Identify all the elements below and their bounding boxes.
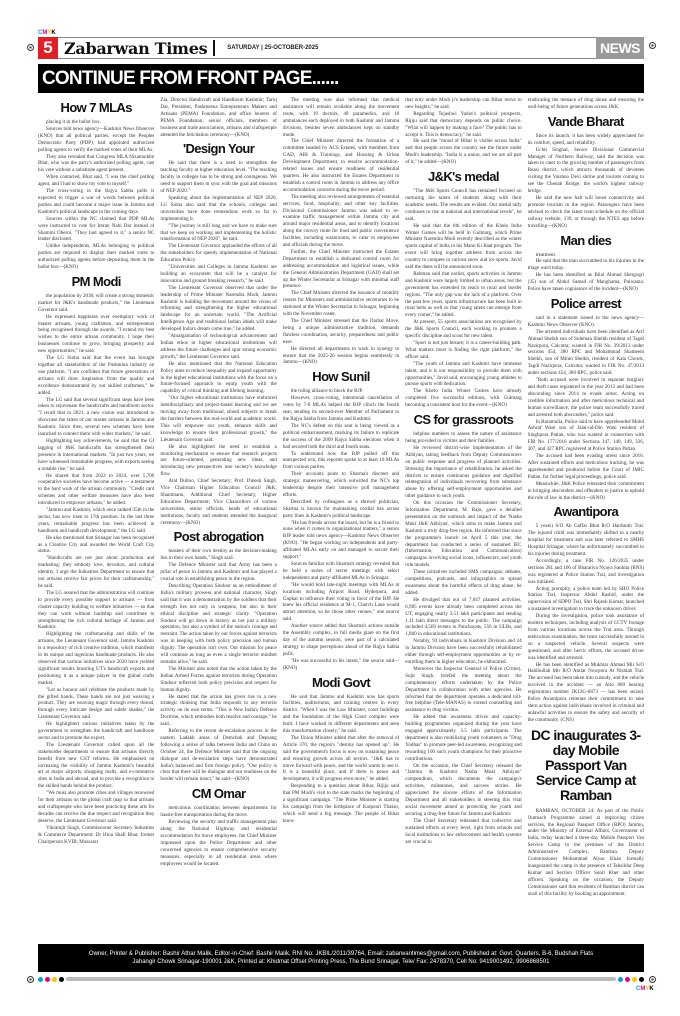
article-headline: 'Design Your — [160, 141, 276, 156]
article-paragraph: On the occasion, the Chief Secretary rel… — [405, 763, 521, 818]
article-paragraph: Moreover the Inspector General of Police… — [405, 666, 521, 714]
column-3: The meeting was also informed that medic… — [283, 97, 399, 935]
article-paragraph: Vikramjit Singh, Commissioner Secretary … — [38, 825, 154, 846]
article-paragraph: Speaking about the implementation of NEP… — [160, 195, 276, 223]
article-paragraph: Another source added that Sharma's actio… — [283, 623, 399, 658]
article-paragraph: "He would hold late-night meetings with … — [283, 582, 399, 623]
article-paragraph: that only under Modi ji's leadership can… — [405, 97, 521, 111]
article-paragraph: In Baramulla, Police said to have appreh… — [528, 419, 644, 454]
magenta-dot-icon — [45, 977, 50, 982]
article-headline: Modi Govt — [283, 675, 399, 690]
article-paragraph: meticulous coordination between departme… — [160, 805, 276, 819]
article-paragraph: "Handicrafts are not just about producti… — [38, 555, 154, 590]
article-paragraph: He directed all departments to work in s… — [283, 346, 399, 367]
dateline: SATURDAY | 25-OCTOBER-2025 — [227, 45, 318, 51]
article-paragraph: He expressed happiness over exemplary wo… — [38, 314, 154, 355]
article-paragraph: the population by 2030, will create a st… — [38, 293, 154, 314]
article-paragraph: treatment. — [528, 252, 644, 259]
article-paragraph: "Universities and Colleges in Jammu Kash… — [160, 264, 276, 285]
article-paragraph: Meanwhile, J&K Police reiterated their c… — [528, 481, 644, 502]
article-paragraph: He also mentioned that Srinagar has been… — [38, 535, 154, 556]
article-paragraph: He also highlighted the need to establis… — [160, 444, 276, 479]
article-paragraph: They also revealed that Congress MLA Niz… — [38, 154, 154, 175]
article-paragraph: Uchit Singhal, Senior Divisional Commerc… — [528, 147, 644, 195]
article-paragraph: Zia, Director Handicraft and Handloom Ka… — [160, 97, 276, 138]
column-5: eradicating the menace of drug abuse and… — [528, 97, 644, 935]
divider — [213, 40, 215, 56]
article-paragraph: The arrested individuals have been ident… — [528, 329, 644, 377]
article-paragraph: The Chief Minister stressed that the Dar… — [283, 318, 399, 346]
article-columns: How 7 MLAs placing it in the ballot box.… — [38, 97, 644, 935]
article-headline: Vande Bharat — [528, 114, 644, 129]
column-2: Zia, Director Handicraft and Handloom Ka… — [160, 97, 276, 935]
black-dot-icon — [639, 977, 644, 982]
cyan-dot-icon — [618, 977, 623, 982]
imprint-line-2: Jahangir Chowk Srinagar-190001 J&K, Prin… — [133, 958, 550, 966]
article-paragraph: The cross-voting in the Rajya Sabha poll… — [38, 188, 154, 216]
article-paragraph: He has been identified as Bilal Ahmad Sh… — [528, 272, 644, 293]
article-paragraph: However, cross-voting, intentional cance… — [283, 395, 399, 423]
article-paragraph: helpline numbers to assess the nature of… — [405, 431, 521, 445]
article-paragraph: "Jammu and Kashmir, which once ranked 35… — [38, 507, 154, 535]
gray-bar — [66, 977, 616, 981]
column-4: that only under Modi ji's leadership can… — [405, 97, 521, 935]
imprint-line-1: Owner, Printer & Publisher: Bashir Athar… — [89, 950, 593, 958]
article-paragraph: The Chief Minister directed the formatio… — [283, 138, 399, 193]
article-paragraph: He said that the man succumbed to his in… — [528, 258, 644, 272]
article-paragraph: The Lieutenant Governor observed that un… — [160, 285, 276, 333]
article-paragraph: "Amalgamation of technological advanceme… — [160, 333, 276, 361]
yellow-dot-icon — [632, 977, 637, 982]
article-headline: CM Omar — [160, 786, 276, 801]
article-paragraph: placing it in the ballot box. — [38, 119, 154, 126]
article-paragraph: The Lieutenant Governor called upon all … — [38, 742, 154, 790]
registration-mark-icon — [27, 44, 34, 51]
article-headline: J&K's medal — [405, 169, 521, 184]
article-paragraph: Acting promptly, a police team led by SH… — [528, 586, 644, 614]
article-paragraph: Further, the Chief Minister instructed t… — [283, 249, 399, 290]
article-paragraph: Sources told news agency—Kashmir News Ob… — [38, 126, 154, 154]
article-paragraph: "He was successful in his intent," the s… — [283, 658, 399, 672]
article-paragraph: said in a statement issued to the news a… — [528, 315, 644, 329]
article-paragraph: "The youth of Jammu and Kashmir have imm… — [405, 361, 521, 389]
registration-mark-icon — [27, 976, 34, 983]
black-dot-icon — [59, 977, 64, 982]
article-paragraph: Sources within the NC claimed that PDP M… — [38, 216, 154, 244]
article-paragraph: Rehman said that earlier, sports activit… — [405, 271, 521, 319]
registration-mark-icon — [649, 42, 656, 49]
article-paragraph: The Khelo India Winter Games have alread… — [405, 388, 521, 409]
column-1: How 7 MLAs placing it in the ballot box.… — [38, 97, 154, 935]
article-paragraph: The meeting also reviewed arrangements o… — [283, 194, 399, 249]
imprint-footer: Owner, Printer & Publisher: Bashir Athar… — [38, 944, 644, 972]
article-paragraph: Accordingly, a case FIR No. 126/2025 und… — [528, 558, 644, 586]
article-paragraph: Since its launch, it has been widely app… — [528, 133, 644, 147]
article-headline: Post abrogation — [160, 529, 276, 544]
article-paragraph: Reviewing the security and traffic manag… — [160, 819, 276, 867]
article-paragraph: At present, 55 sports associations are r… — [405, 319, 521, 340]
article-paragraph: To understand how the BJP pulled off thi… — [283, 451, 399, 472]
article-paragraph: Referring to the recent de-escalation pr… — [160, 728, 276, 783]
article-paragraph: On this occasion the Commissioner Secret… — [405, 500, 521, 569]
article-paragraph: The LG Sinha said that the event has bro… — [38, 355, 154, 396]
masthead: 5 Zabarwan Times SATURDAY | 25-OCTOBER-2… — [38, 37, 644, 59]
article-paragraph: Sources familiar with Sharma's strategy … — [283, 561, 399, 582]
article-headline: Man dies — [528, 233, 644, 248]
article-paragraph: "We must also promote cities and village… — [38, 790, 154, 825]
yellow-dot-icon — [52, 977, 57, 982]
article-headline: Police arrest — [528, 296, 644, 311]
article-paragraph: The Chief Minister directed the issuance… — [283, 290, 399, 318]
article-paragraph: He has been identified as Mukhtar Ahmad … — [528, 662, 644, 724]
magenta-dot-icon — [625, 977, 630, 982]
article-paragraph: He said that there is a need to strength… — [160, 160, 276, 195]
article-paragraph: The LG assured that the administration w… — [38, 590, 154, 631]
article-paragraph: He also mentioned that the National Educ… — [160, 361, 276, 396]
article-headline: How Sunil — [283, 369, 399, 384]
article-paragraph: "Both accused were involved in separate … — [528, 377, 644, 418]
article-paragraph: "He has friends across the board, but he… — [283, 520, 399, 561]
paper-name: Zabarwan Times — [64, 39, 207, 58]
article-paragraph: The Defence Minister said that Army has … — [160, 562, 276, 583]
article-paragraph: He stated that the action has given rise… — [160, 694, 276, 729]
article-paragraph: The Minister also noted that the action … — [160, 666, 276, 694]
article-paragraph: eradicating the menace of drug abuse and… — [528, 97, 644, 111]
cmyk-label-top: CMYK — [38, 30, 56, 36]
article-paragraph: RAMBAN, OCTOBER 24: As part of the Publi… — [528, 808, 644, 898]
article-paragraph: "Sport is not just leisure; it is a care… — [405, 340, 521, 361]
article-headline: Awantipora — [528, 504, 644, 519]
article-paragraph: He said that the 6th edition of the Khel… — [405, 223, 521, 271]
article-paragraph: "Let us honour and celebrate the product… — [38, 687, 154, 722]
section-badge: NEWS — [596, 37, 644, 59]
article-paragraph: Their accounts point to Sharma's discree… — [283, 471, 399, 499]
article-paragraph: "Our higher educational institutions hav… — [160, 395, 276, 443]
cyan-dot-icon — [38, 977, 43, 982]
article-paragraph: "The journey is still long and we have t… — [160, 223, 276, 244]
article-paragraph: Described by colleagues as a shrewd poli… — [283, 499, 399, 520]
article-headline: DC inaugurates 3-day Mobile Passport Van… — [528, 728, 644, 803]
article-paragraph: These initiatives included SMS campaigns… — [405, 569, 521, 597]
article-paragraph: He said the "mood of Bihar is visible ac… — [405, 138, 521, 166]
article-paragraph: He said the new halt will boost connecti… — [528, 195, 644, 230]
article-paragraph: masters of their own destiny as the deci… — [160, 548, 276, 562]
article-paragraph: He added that awareness drives and capac… — [405, 714, 521, 762]
article-paragraph: The accused had been evading arrest sinc… — [528, 453, 644, 481]
article-headline: PM Modi — [38, 274, 154, 289]
article-paragraph: Notably, 93 individuals in Kashmir Divis… — [405, 638, 521, 666]
article-paragraph: He divulged that out of 7,847 planned ac… — [405, 597, 521, 638]
article-paragraph: He shared that from 2022 to 2024, over 5… — [38, 473, 154, 508]
article-paragraph: The Chief Secretary reiterated that coll… — [405, 818, 521, 846]
article-paragraph: "The J&K Sports Council has remained foc… — [405, 188, 521, 223]
article-paragraph: 5 years) S/O Ab Gaffar Bhat R/O Hardunti… — [528, 523, 644, 558]
page-banner: CONTINUE FROM FRONT PAGE...... — [38, 64, 644, 93]
article-paragraph: He said that Jammu and Kashmir now has s… — [283, 694, 399, 735]
page-number: 5 — [38, 37, 58, 59]
article-paragraph: Responding to a question about Bihar, Ri… — [283, 783, 399, 824]
article-paragraph: The Lieutenant Governor applauded the ef… — [160, 243, 276, 264]
article-paragraph: Regarding Tejashwi Yadav's political pro… — [405, 111, 521, 139]
article-paragraph: The NC's defeat on this seat is being vi… — [283, 423, 399, 451]
article-paragraph: He highlighted various initiatives taken… — [38, 721, 154, 742]
article-paragraph: During the investigation, police took as… — [528, 613, 644, 661]
article-paragraph: The LG said that several significant ste… — [38, 397, 154, 438]
article-headline: CS for grassroots — [405, 412, 521, 427]
article-headline: How 7 MLAs — [38, 100, 154, 115]
article-paragraph: Atal Dulloo, Chief Secretary; Prof. Dine… — [160, 478, 276, 526]
article-paragraph: The meeting was also informed that medic… — [283, 97, 399, 138]
article-paragraph: Highlighting the craftsmanship and skill… — [38, 631, 154, 686]
article-paragraph: When contacted, Bhat said, "I was the ch… — [38, 174, 154, 188]
cmyk-label-bottom: CMYK — [636, 986, 654, 992]
article-paragraph: The Union Minister added that after the … — [283, 735, 399, 783]
article-paragraph: Describing Operation Sindoor as an embod… — [160, 583, 276, 666]
registration-mark-icon — [649, 976, 656, 983]
article-paragraph: Unlike independents, MLAs belonging to p… — [38, 243, 154, 271]
article-paragraph: Highlighting key achievements, he said t… — [38, 438, 154, 473]
color-bar — [38, 976, 644, 982]
article-paragraph: He reviewed district-wise implementation… — [405, 445, 521, 500]
